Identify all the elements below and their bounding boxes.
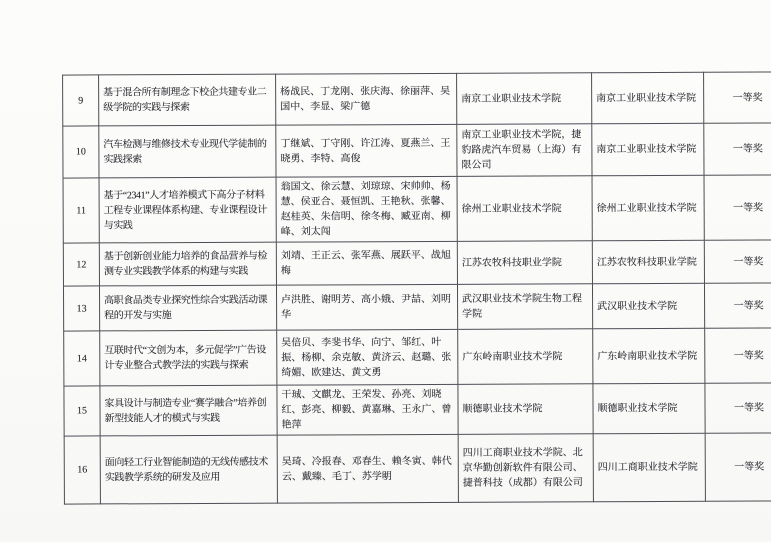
- table-row: 11 基于“2341”人才培养模式下高分子材料工程专业课程体系构建、专业课程设计…: [63, 175, 771, 243]
- completing-units: 四川工商职业技术学院、北京华勤创新软件有限公司、捷普科技（成都）有限公司: [458, 434, 593, 503]
- completing-units: 江苏农牧科技职业学院: [457, 241, 592, 285]
- completing-units: 顺德职业技术学院: [458, 384, 593, 435]
- project-title: 高职食品类专业探究性综合实践活动课程的开发与实施: [99, 285, 276, 331]
- recommending-unit: 南京工业职业技术学院: [592, 123, 704, 175]
- award-level: 一等奖: [705, 328, 771, 383]
- project-title: 面向轻工行业智能制造的无线传感技术实践教学系统的研发及应用: [100, 435, 277, 504]
- scanned-document-page: 9 基于混合所有制理念下校企共建专业二级学院的实践与探索 杨战民、丁龙刚、张庆海…: [0, 0, 771, 542]
- completing-units: 南京工业职业技术学院: [457, 73, 592, 125]
- award-level: 一等奖: [704, 240, 771, 283]
- table-row: 9 基于混合所有制理念下校企共建专业二级学院的实践与探索 杨战民、丁龙刚、张庆海…: [63, 72, 771, 126]
- project-title: 家具设计与制造专业“赛学融合”培养创新型技能人才的模式与实践: [100, 385, 277, 436]
- completing-units: 徐州工业职业技术学院: [457, 176, 592, 242]
- recommending-unit: 顺德职业技术学院: [593, 383, 705, 433]
- row-number: 9: [63, 75, 99, 126]
- table-row: 10 汽车检测与维修技术专业现代学徒制的实践探索 丁继斌、丁守刚、许江涛、夏燕兰…: [63, 123, 771, 178]
- table-row: 14 互联时代“文创为本，多元促学”广告设计专业整合式教学法的实践与探索 吴倍贝…: [64, 328, 771, 386]
- award-results-table: 9 基于混合所有制理念下校企共建专业二级学院的实践与探索 杨战民、丁龙刚、张庆海…: [62, 71, 771, 504]
- recommending-unit: 徐州工业职业技术学院: [592, 175, 704, 240]
- completing-units: 广东岭南职业技术学院: [458, 329, 593, 385]
- award-level: 一等奖: [704, 283, 771, 328]
- recommending-unit: 武汉职业技术学院: [592, 283, 704, 328]
- row-number: 12: [63, 243, 99, 286]
- recommending-unit: 江苏农牧科技职业学院: [592, 240, 704, 283]
- project-title: 基于创新创业能力培养的食品营养与检测专业实践教学体系的构建与实践: [99, 242, 276, 286]
- page-number: 5: [0, 472, 771, 482]
- recommending-unit: 广东岭南职业技术学院: [593, 328, 705, 383]
- table-row: 12 基于创新创业能力培养的食品营养与检测专业实践教学体系的构建与实践 刘靖、王…: [63, 240, 771, 286]
- team-members: 杨战民、丁龙刚、张庆海、徐丽萍、吴国中、李显、梁广德: [276, 73, 457, 125]
- team-members: 卢洪胜、谢明芳、高小娥、尹喆、刘明华: [276, 284, 457, 330]
- completing-units: 南京工业职业技术学院，捷豹路虎汽车贸易（上海）有限公司: [457, 124, 592, 177]
- recommending-unit: 四川工商职业技术学院: [593, 433, 705, 501]
- team-members: 干珹、文麒龙、王荣发、孙亮、刘晓红、彭亮、柳毅、黄嘉琳、王永广、曾艳萍: [277, 384, 458, 435]
- table-row: 15 家具设计与制造专业“赛学融合”培养创新型技能人才的模式与实践 干珹、文麒龙…: [64, 383, 771, 436]
- team-members: 吴琦、冷报春、邓春生、赖冬寅、韩代云、戴臻、毛丁、苏学明: [277, 434, 458, 503]
- table-row: 16 面向轻工行业智能制造的无线传感技术实践教学系统的研发及应用 吴琦、冷报春、…: [64, 433, 771, 504]
- team-members: 丁继斌、丁守刚、许江涛、夏燕兰、王晓勇、李特、高俊: [276, 124, 457, 177]
- award-level: 一等奖: [704, 123, 771, 175]
- team-members: 刘靖、王正云、张军燕、展跃平、战旭梅: [276, 241, 457, 285]
- project-title: 基于混合所有制理念下校企共建专业二级学院的实践与探索: [99, 74, 276, 126]
- recommending-unit: 南京工业职业技术学院: [592, 72, 704, 123]
- row-number: 10: [63, 126, 99, 178]
- row-number: 11: [63, 178, 99, 243]
- row-number: 13: [63, 286, 99, 331]
- row-number: 14: [64, 331, 100, 386]
- award-level: 一等奖: [704, 72, 771, 123]
- project-title: 基于“2341”人才培养模式下高分子材料工程专业课程体系构建、专业课程设计与实践: [99, 177, 276, 243]
- table-row: 13 高职食品类专业探究性综合实践活动课程的开发与实施 卢洪胜、谢明芳、高小娥、…: [63, 283, 771, 331]
- completing-units: 武汉职业技术学院生物工程学院: [457, 284, 592, 330]
- team-members: 吴倍贝、李斐书华、向宁、邹红、叶振、杨柳、余克敏、黄济云、赵璐、张绮媚、欧建达、…: [277, 329, 458, 385]
- row-number: 16: [64, 436, 100, 504]
- project-title: 互联时代“文创为本，多元促学”广告设计专业整合式教学法的实践与探索: [100, 330, 277, 386]
- row-number: 15: [64, 386, 100, 436]
- team-members: 翁国文、徐云慧、刘琼琼、宋帅帅、杨慧、侯亚合、聂恒凯、王艳秋、张馨、赵桂英、朱信…: [276, 176, 457, 242]
- award-level: 一等奖: [704, 175, 771, 240]
- award-level: 一等奖: [705, 433, 771, 501]
- award-level: 一等奖: [705, 383, 771, 433]
- project-title: 汽车检测与维修技术专业现代学徒制的实践探索: [99, 125, 276, 178]
